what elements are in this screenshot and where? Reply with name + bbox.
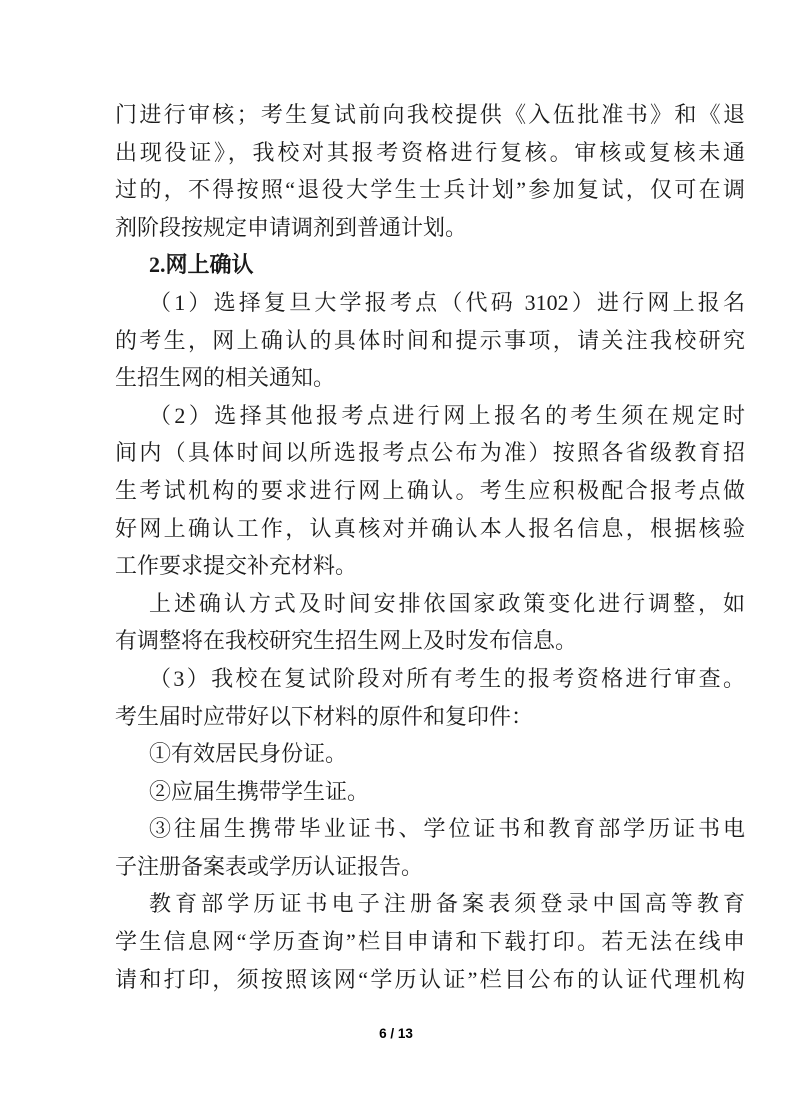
text-line: （3）我校在复试阶段对所有考生的报考资格进行审查。 [115, 660, 745, 698]
text-line: 学生信息网“学历查询”栏目申请和下载打印。若无法在线申 [115, 923, 745, 961]
text-line: 的考生，网上确认的具体时间和提示事项，请关注我校研究 [115, 322, 745, 360]
text-line: 考生届时应带好以下材料的原件和复印件： [115, 698, 745, 736]
text-line: （1）选择复旦大学报考点（代码 3102）进行网上报名 [115, 284, 745, 322]
section-heading: 2.网上确认 [115, 246, 745, 284]
text-line: 工作要求提交补充材料。 [115, 547, 745, 585]
text-line: 间内（具体时间以所选报考点公布为准）按照各省级教育招 [115, 434, 745, 472]
text-line: 生考试机构的要求进行网上确认。考生应积极配合报考点做 [115, 472, 745, 510]
text-line: 过的，不得按照“退役大学生士兵计划”参加复试，仅可在调 [115, 171, 745, 209]
text-line: 生招生网的相关通知。 [115, 359, 745, 397]
list-item: ①有效居民身份证。 [115, 735, 745, 773]
text-line: 上述确认方式及时间安排依国家政策变化进行调整，如 [115, 585, 745, 623]
document-page: 门进行审核；考生复试前向我校提供《入伍批准书》和《退 出现役证》，我校对其报考资… [0, 0, 792, 1117]
text-line: 剂阶段按规定申请调剂到普通计划。 [115, 209, 745, 247]
document-body: 门进行审核；考生复试前向我校提供《入伍批准书》和《退 出现役证》，我校对其报考资… [115, 96, 745, 998]
text-line: 出现役证》，我校对其报考资格进行复核。审核或复核未通 [115, 134, 745, 172]
list-item: ③往届生携带毕业证书、学位证书和教育部学历证书电 [115, 810, 745, 848]
list-item: ②应届生携带学生证。 [115, 773, 745, 811]
text-line: 门进行审核；考生复试前向我校提供《入伍批准书》和《退 [115, 96, 745, 134]
text-line: 有调整将在我校研究生招生网上及时发布信息。 [115, 622, 745, 660]
text-line: 子注册备案表或学历认证报告。 [115, 848, 745, 886]
text-line: 教育部学历证书电子注册备案表须登录中国高等教育 [115, 885, 745, 923]
text-line: 好网上确认工作，认真核对并确认本人报名信息，根据核验 [115, 510, 745, 548]
text-line: （2）选择其他报考点进行网上报名的考生须在规定时 [115, 397, 745, 435]
text-line: 请和打印，须按照该网“学历认证”栏目公布的认证代理机构 [115, 961, 745, 999]
page-number: 6 / 13 [0, 1026, 792, 1041]
